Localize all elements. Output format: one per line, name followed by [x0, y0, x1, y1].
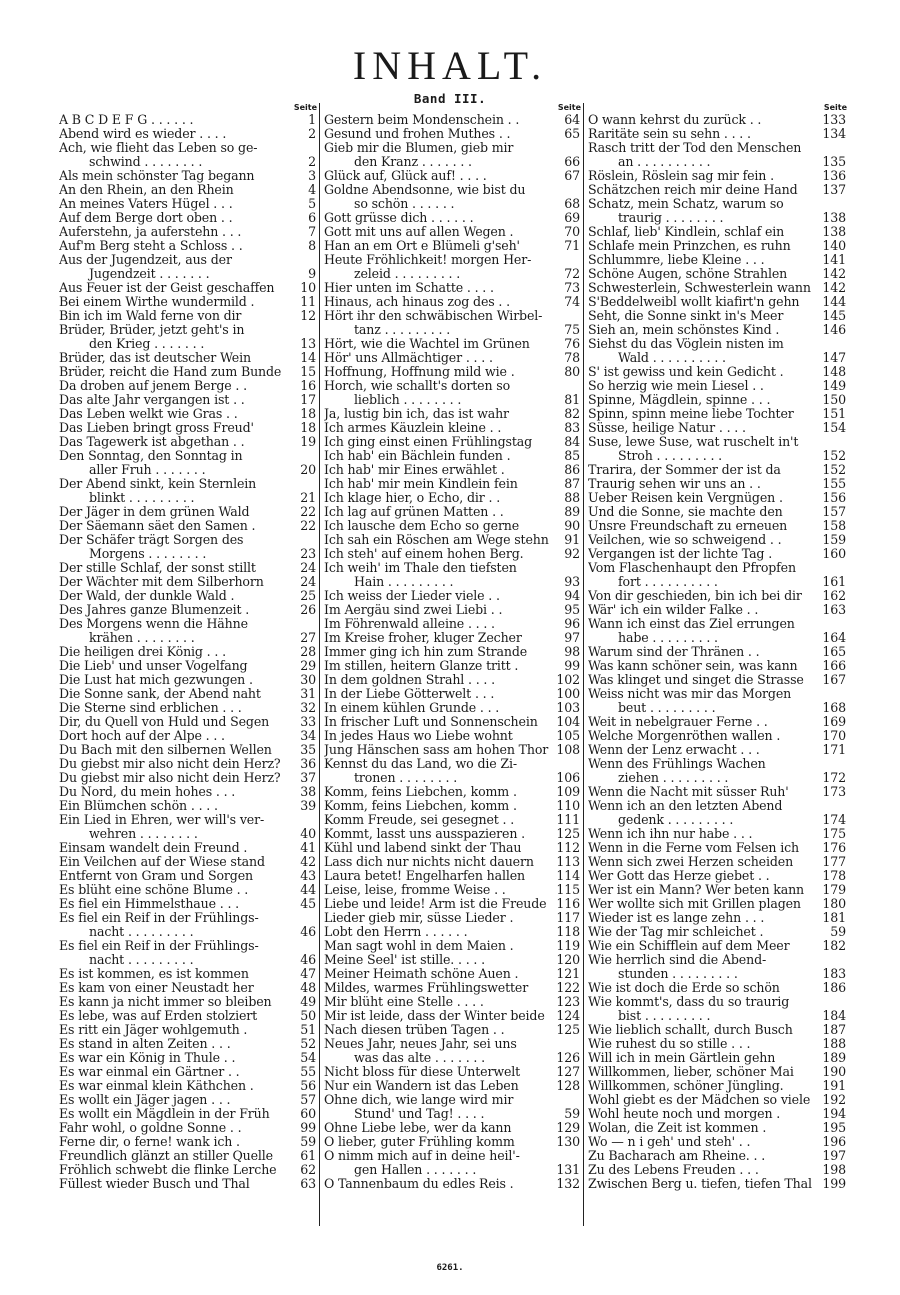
index-entry: Brüder, Brüder, jetzt geht's inden Krieg…: [59, 323, 319, 351]
index-columns: Seite A B C D E F G . . . . . .1Abend wi…: [59, 103, 849, 1226]
index-entry: Du Nord, du mein hohes . . .38: [59, 785, 319, 799]
entry-page-number: 65: [552, 127, 583, 141]
entry-title: Nach diesen trüben Tagen . .: [324, 1023, 552, 1037]
entry-page-number: 78: [552, 351, 583, 365]
entry-title: Raritäte sein su sehn . . . .: [588, 127, 818, 141]
entry-page-number: 75: [552, 323, 583, 337]
entry-title-continuation: Hain . . . . . . . . .: [324, 575, 552, 589]
entry-title: Man sagt wohl in dem Maien .: [324, 939, 552, 953]
entry-page-number: 132: [552, 1177, 583, 1191]
entry-page-number: 21: [288, 491, 319, 505]
entry-title: Aus Feuer ist der Geist geschaffen: [59, 281, 288, 295]
index-entry: Wann ich einst das Ziel errungenhabe . .…: [588, 617, 849, 645]
index-entry: Traurig sehen wir uns an . .155: [588, 477, 849, 491]
entry-title: Hier unten im Schatte . . . .: [324, 281, 552, 295]
print-signature: 6261.: [0, 1263, 900, 1273]
index-entry: Es wollt ein Mägdlein in der Früh60: [59, 1107, 319, 1121]
index-entry: Gestern beim Mondenschein . .64: [324, 113, 583, 127]
index-entry: Spinne, Mägdlein, spinne . . .150: [588, 393, 849, 407]
index-entry: Der stille Schlaf, der sonst stillt24: [59, 561, 319, 575]
entry-page-number: 134: [818, 127, 849, 141]
index-entry: Wenn in die Ferne vom Felsen ich176: [588, 841, 849, 855]
entry-title-continuation: nacht . . . . . . . . .: [59, 925, 288, 939]
index-entry: Sieh an, mein schönstes Kind .146: [588, 323, 849, 337]
entry-title: Komm, feins Liebchen, komm .: [324, 785, 552, 799]
entry-title: Wie kommt's, dass du so traurig: [588, 995, 849, 1009]
entry-page-number: 11: [288, 295, 319, 309]
entry-title: Komm, feins Liebchen, komm .: [324, 799, 552, 813]
entry-title: S'Beddelweibl wollt kiafirt'n gehn: [588, 295, 818, 309]
entry-title: Der Jäger in dem grünen Wald: [59, 505, 288, 519]
index-entry: Fahr wohl, o goldne Sonne . .99: [59, 1121, 319, 1135]
entry-title-continuation: Jugendzeit . . . . . . .: [59, 267, 288, 281]
entry-title: Lobt den Herrn . . . . . .: [324, 925, 552, 939]
index-entry: Hört ihr den schwäbischen Wirbel-tanz . …: [324, 309, 583, 337]
entry-title-continuation: gedenk . . . . . . . . .: [588, 813, 818, 827]
index-entry: Gieb mir die Blumen, gieb mirden Kranz .…: [324, 141, 583, 169]
entry-page-number: 192: [818, 1093, 849, 1107]
entry-page-number: 18: [288, 421, 319, 435]
entry-page-number: 50: [288, 1009, 319, 1023]
entry-title: Aus der Jugendzeit, aus der: [59, 253, 319, 267]
entry-page-number: 69: [552, 211, 583, 225]
index-entry: Trarira, der Sommer der ist da152: [588, 463, 849, 477]
entry-title: Wo — n i geh' und steh' . .: [588, 1135, 818, 1149]
entry-page-number: 195: [818, 1121, 849, 1135]
entry-title: Han an em Ort e Blümeli g'seh': [324, 239, 552, 253]
index-entry: Lass dich nur nichts nicht dauern113: [324, 855, 583, 869]
entry-title-continuation: was das alte . . . . . . .: [324, 1051, 552, 1065]
index-entry: Brüder, das ist deutscher Wein14: [59, 351, 319, 365]
entry-page-number: 59: [288, 1135, 319, 1149]
entry-title: In jedes Haus wo Liebe wohnt: [324, 729, 552, 743]
entry-title: Du giebst mir also nicht dein Herz?: [59, 757, 288, 771]
index-entry: Aus Feuer ist der Geist geschaffen10: [59, 281, 319, 295]
entry-page-number: 20: [288, 463, 319, 477]
index-entry: Ein Lied in Ehren, wer will's ver-wehren…: [59, 813, 319, 841]
entry-page-number: 23: [288, 547, 319, 561]
entry-title: Hört ihr den schwäbischen Wirbel-: [324, 309, 583, 323]
index-entry: Nach diesen trüben Tagen . .125: [324, 1023, 583, 1037]
entry-title-continuation: so schön . . . . . .: [324, 197, 552, 211]
entry-page-number: 187: [818, 1023, 849, 1037]
entry-title-continuation: habe . . . . . . . . .: [588, 631, 818, 645]
entry-page-number: 174: [818, 813, 849, 827]
entry-title: Vergangen ist der lichte Tag .: [588, 547, 818, 561]
entry-page-number: 122: [552, 981, 583, 995]
index-entry: Zwischen Berg u. tiefen, tiefen Thal199: [588, 1177, 849, 1191]
index-entry: Wenn der Lenz erwacht . . .171: [588, 743, 849, 757]
entry-page-number: 80: [552, 365, 583, 379]
entry-page-number: 100: [552, 687, 583, 701]
entry-title-continuation: zeleid . . . . . . . . .: [324, 267, 552, 281]
entry-title: Ich lag auf grünen Matten . .: [324, 505, 552, 519]
index-entry: Siehst du das Vöglein nisten imWald . . …: [588, 337, 849, 365]
index-entry: Kennst du das Land, wo die Zi-tronen . .…: [324, 757, 583, 785]
entry-title: Im Föhrenwald alleine . . . .: [324, 617, 552, 631]
entry-page-number: 150: [818, 393, 849, 407]
index-entry: Zu Bacharach am Rheine. . .197: [588, 1149, 849, 1163]
entry-title: Siehst du das Vöglein nisten im: [588, 337, 849, 351]
entry-page-number: 133: [818, 113, 849, 127]
index-entry: Hier unten im Schatte . . . .73: [324, 281, 583, 295]
entry-page-number: 15: [288, 365, 319, 379]
index-entry: Kommt, lasst uns ausspazieren .125: [324, 827, 583, 841]
entry-title: Das Tagewerk ist abgethan . .: [59, 435, 288, 449]
entry-page-number: 26: [288, 603, 319, 617]
entry-title: Weit in nebelgrauer Ferne . .: [588, 715, 818, 729]
index-entry: Komm Freude, sei gesegnet . .111: [324, 813, 583, 827]
entry-title: Zu des Lebens Freuden . . .: [588, 1163, 818, 1177]
entry-title: Röslein, Röslein sag mir fein .: [588, 169, 818, 183]
entry-page-number: 72: [552, 267, 583, 281]
entry-title: Dort hoch auf der Alpe . . .: [59, 729, 288, 743]
entry-page-number: 99: [552, 659, 583, 673]
index-entry: Der Wald, der dunkle Wald .25: [59, 589, 319, 603]
index-entry: Wär' ich ein wilder Falke . .163: [588, 603, 849, 617]
entry-page-number: 196: [818, 1135, 849, 1149]
index-entry: Es kam von einer Neustadt her48: [59, 981, 319, 995]
entry-page-number: 152: [818, 463, 849, 477]
entry-title: Seht, die Sonne sinkt in's Meer: [588, 309, 818, 323]
entry-title: Des Jahres ganze Blumenzeit .: [59, 603, 288, 617]
index-entry: Wenn ich ihn nur habe . . .175: [588, 827, 849, 841]
index-entry: Dort hoch auf der Alpe . . .34: [59, 729, 319, 743]
entry-title-continuation: traurig . . . . . . . .: [588, 211, 818, 225]
entry-title: Im Aergäu sind zwei Liebi . .: [324, 603, 552, 617]
entry-page-number: 63: [288, 1177, 319, 1191]
index-entry: Du giebst mir also nicht dein Herz?36: [59, 757, 319, 771]
entry-title: Wann ich einst das Ziel errungen: [588, 617, 849, 631]
entry-title: Von dir geschieden, bin ich bei dir: [588, 589, 818, 603]
index-entry: Jung Hänschen sass am hohen Thor108: [324, 743, 583, 757]
entry-title: Freundlich glänzt an stiller Quelle: [59, 1149, 288, 1163]
entry-page-number: 127: [552, 1065, 583, 1079]
index-entry: Nur ein Wandern ist das Leben128: [324, 1079, 583, 1093]
entry-page-number: 129: [552, 1121, 583, 1135]
entry-page-number: 118: [552, 925, 583, 939]
entry-page-number: 103: [552, 701, 583, 715]
entry-list: Gestern beim Mondenschein . .64Gesund un…: [324, 113, 583, 1191]
index-entry: O wann kehrst du zurück . .133: [588, 113, 849, 127]
entry-title: Ein Blümchen schön . . . .: [59, 799, 288, 813]
entry-title-continuation: blinkt . . . . . . . . .: [59, 491, 288, 505]
entry-title: Füllest wieder Busch und Thal: [59, 1177, 288, 1191]
index-entry: Ja, lustig bin ich, das ist wahr82: [324, 407, 583, 421]
entry-page-number: 184: [818, 1009, 849, 1023]
entry-page-number: 114: [552, 869, 583, 883]
entry-title: Jung Hänschen sass am hohen Thor: [324, 743, 552, 757]
entry-page-number: 62: [288, 1163, 319, 1177]
index-entry: Vergangen ist der lichte Tag .160: [588, 547, 849, 561]
entry-title: Den Sonntag, den Sonntag in: [59, 449, 319, 463]
entry-title: Hör' uns Allmächtiger . . . .: [324, 351, 552, 365]
entry-title: Das Lieben bringt gross Freud': [59, 421, 288, 435]
entry-title: Wie ruhest du so stille . . .: [588, 1037, 818, 1051]
entry-title: Schöne Augen, schöne Strahlen: [588, 267, 818, 281]
index-entry: Es war einmal ein Gärtner . .55: [59, 1065, 319, 1079]
entry-title: Bin ich im Wald ferne von dir: [59, 309, 288, 323]
entry-page-number: 18: [288, 407, 319, 421]
entry-page-number: 38: [288, 785, 319, 799]
entry-title: In dem goldnen Strahl . . . .: [324, 673, 552, 687]
index-entry: Hoffnung, Hoffnung mild wie .80: [324, 365, 583, 379]
index-entry: Han an em Ort e Blümeli g'seh'71: [324, 239, 583, 253]
index-entry: O lieber, guter Frühling komm130: [324, 1135, 583, 1149]
entry-page-number: 7: [288, 225, 319, 239]
entry-title: Auf'm Berg steht a Schloss . .: [59, 239, 288, 253]
entry-title: Brüder, das ist deutscher Wein: [59, 351, 288, 365]
entry-title: Gesund und frohen Muthes . .: [324, 127, 552, 141]
index-entry: Das Tagewerk ist abgethan . .19: [59, 435, 319, 449]
entry-page-number: 76: [552, 337, 583, 351]
entry-title: Wer ist ein Mann? Wer beten kann: [588, 883, 818, 897]
entry-title: Dir, du Quell von Huld und Segen: [59, 715, 288, 729]
entry-title: Hört, wie die Wachtel im Grünen: [324, 337, 552, 351]
index-entry: Schatz, mein Schatz, warum sotraurig . .…: [588, 197, 849, 225]
entry-page-number: 104: [552, 715, 583, 729]
entry-title: Der stille Schlaf, der sonst stillt: [59, 561, 288, 575]
index-entry: Die heiligen drei König . . .28: [59, 645, 319, 659]
entry-page-number: 39: [288, 799, 319, 813]
index-entry: Vom Flaschenhaupt den Pfropfenfort . . .…: [588, 561, 849, 589]
index-entry: Auferstehn, ja auferstehn . . .7: [59, 225, 319, 239]
entry-page-number: 81: [552, 393, 583, 407]
entry-page-number: 6: [288, 211, 319, 225]
entry-page-number: 60: [288, 1107, 319, 1121]
entry-page-number: 146: [818, 323, 849, 337]
entry-title: Die Sonne sank, der Abend naht: [59, 687, 288, 701]
entry-page-number: 105: [552, 729, 583, 743]
entry-page-number: 155: [818, 477, 849, 491]
entry-title: Es kann ja nicht immer so bleiben: [59, 995, 288, 1009]
index-entry: Weiss nicht was mir das Morgenbeut . . .…: [588, 687, 849, 715]
entry-page-number: 115: [552, 883, 583, 897]
entry-title: Was klinget und singet die Strasse: [588, 673, 818, 687]
entry-page-number: 25: [288, 589, 319, 603]
entry-title-continuation: stunden . . . . . . . . .: [588, 967, 818, 981]
entry-title: Was kann schöner sein, was kann: [588, 659, 818, 673]
entry-title: S' ist gewiss und kein Gedicht .: [588, 365, 818, 379]
entry-title: Wenn ich ihn nur habe . . .: [588, 827, 818, 841]
entry-page-number: 1: [288, 113, 319, 127]
index-entry: Du giebst mir also nicht dein Herz?37: [59, 771, 319, 785]
entry-title: Die Sterne sind erblichen . . .: [59, 701, 288, 715]
entry-page-number: 22: [288, 505, 319, 519]
entry-title: Wenn in die Ferne vom Felsen ich: [588, 841, 818, 855]
index-entry: Die Lust hat mich gezwungen .30: [59, 673, 319, 687]
index-entry: Hinaus, ach hinaus zog des . .74: [324, 295, 583, 309]
index-entry: Schlummre, liebe Kleine . . .141: [588, 253, 849, 267]
entry-title: Ich steh' auf einem hohen Berg.: [324, 547, 552, 561]
entry-title: Suse, lewe Suse, wat ruschelt in't: [588, 435, 849, 449]
entry-title: Es ist kommen, es ist kommen: [59, 967, 288, 981]
index-entry: Es blüht eine schöne Blume . .44: [59, 883, 319, 897]
entry-page-number: 2: [288, 127, 319, 141]
entry-title-continuation: tronen . . . . . . . .: [324, 771, 552, 785]
entry-title: Ich weih' im Thale den tiefsten: [324, 561, 583, 575]
index-entry: Weit in nebelgrauer Ferne . .169: [588, 715, 849, 729]
entry-title: O nimm mich auf in deine heil'-: [324, 1149, 583, 1163]
index-entry: Kühl und labend sinkt der Thau112: [324, 841, 583, 855]
entry-title: Sieh an, mein schönstes Kind .: [588, 323, 818, 337]
entry-page-number: 46: [288, 953, 319, 967]
entry-title: Mildes, warmes Frühlingswetter: [324, 981, 552, 995]
entry-title-continuation: den Krieg . . . . . . .: [59, 337, 288, 351]
index-entry: Der Jäger in dem grünen Wald22: [59, 505, 319, 519]
entry-title: Schlafe mein Prinzchen, es ruhn: [588, 239, 818, 253]
entry-page-number: 198: [818, 1163, 849, 1177]
index-entry: Ohne Liebe lebe, wer da kann129: [324, 1121, 583, 1135]
entry-page-number: 85: [552, 449, 583, 463]
entry-page-number: 158: [818, 519, 849, 533]
entry-page-number: 64: [552, 113, 583, 127]
entry-title: Brüder, reicht die Hand zum Bunde: [59, 365, 288, 379]
entry-page-number: 47: [288, 967, 319, 981]
page-column-header: Seite: [59, 103, 319, 113]
entry-title: Der Abend sinkt, kein Sternlein: [59, 477, 319, 491]
index-entry: Rasch tritt der Tod den Menschenan . . .…: [588, 141, 849, 169]
entry-page-number: 148: [818, 365, 849, 379]
index-entry: Den Sonntag, den Sonntag inaller Fruh . …: [59, 449, 319, 477]
entry-page-number: 45: [288, 897, 319, 911]
index-entry: Raritäte sein su sehn . . . .134: [588, 127, 849, 141]
entry-title: Auferstehn, ja auferstehn . . .: [59, 225, 288, 239]
entry-page-number: 145: [818, 309, 849, 323]
index-entry: Meiner Heimath schöne Auen .121: [324, 967, 583, 981]
index-entry: Wohl heute noch und morgen .194: [588, 1107, 849, 1121]
entry-page-number: 13: [288, 337, 319, 351]
entry-page-number: 190: [818, 1065, 849, 1079]
index-entry: Goldne Abendsonne, wie bist duso schön .…: [324, 183, 583, 211]
entry-page-number: 57: [288, 1093, 319, 1107]
entry-page-number: 175: [818, 827, 849, 841]
entry-title: Das Leben welkt wie Gras . .: [59, 407, 288, 421]
entry-title: Da droben auf jenem Berge . .: [59, 379, 288, 393]
entry-page-number: 136: [818, 169, 849, 183]
index-entry: Dir, du Quell von Huld und Segen33: [59, 715, 319, 729]
index-entry: Wie ist doch die Erde so schön186: [588, 981, 849, 995]
index-entry: Liebe und leide! Arm ist die Freude116: [324, 897, 583, 911]
entry-title: A B C D E F G . . . . . .: [59, 113, 288, 127]
index-entry: Der Wächter mit dem Silberhorn24: [59, 575, 319, 589]
entry-page-number: 98: [552, 645, 583, 659]
entry-page-number: 29: [288, 659, 319, 673]
entry-title: Es stand in alten Zeiten . . .: [59, 1037, 288, 1051]
index-entry: Heute Fröhlichkeit! morgen Her-zeleid . …: [324, 253, 583, 281]
entry-page-number: 22: [288, 519, 319, 533]
entry-page-number: 188: [818, 1037, 849, 1051]
index-entry: Abend wird es wieder . . . .2: [59, 127, 319, 141]
index-entry: In frischer Luft und Sonnenschein104: [324, 715, 583, 729]
entry-page-number: 31: [288, 687, 319, 701]
entry-title: Weiss nicht was mir das Morgen: [588, 687, 849, 701]
entry-title: Schwesterlein, Schwesterlein wann: [588, 281, 818, 295]
entry-page-number: 119: [552, 939, 583, 953]
index-entry: Ich hab' mir Eines erwählet .86: [324, 463, 583, 477]
entry-page-number: 43: [288, 869, 319, 883]
index-entry: Willkommen, lieber, schöner Mai190: [588, 1065, 849, 1079]
entry-page-number: 191: [818, 1079, 849, 1093]
entry-title: Schätzchen reich mir deine Hand: [588, 183, 818, 197]
entry-title: Der Wald, der dunkle Wald .: [59, 589, 288, 603]
index-entry: Im Föhrenwald alleine . . . .96: [324, 617, 583, 631]
page-column-header: Seite: [324, 103, 583, 113]
index-entry: Es fiel ein Reif in der Frühlings-nacht …: [59, 911, 319, 939]
entry-page-number: 90: [552, 519, 583, 533]
index-entry: Die Sonne sank, der Abend naht31: [59, 687, 319, 701]
entry-title: Wieder ist es lange zehn . . .: [588, 911, 818, 925]
entry-page-number: 110: [552, 799, 583, 813]
entry-page-number: 120: [552, 953, 583, 967]
index-entry: In einem kühlen Grunde . . .103: [324, 701, 583, 715]
entry-title: Der Wächter mit dem Silberhorn: [59, 575, 288, 589]
entry-page-number: 151: [818, 407, 849, 421]
entry-title: Goldne Abendsonne, wie bist du: [324, 183, 583, 197]
entry-title: Ueber Reisen kein Vergnügen .: [588, 491, 818, 505]
index-entry: O nimm mich auf in deine heil'-gen Halle…: [324, 1149, 583, 1177]
entry-page-number: 2: [288, 155, 319, 169]
index-entry: Es ritt ein Jäger wohlgemuth .51: [59, 1023, 319, 1037]
entry-page-number: 8: [288, 239, 319, 253]
index-entry: Es stand in alten Zeiten . . .52: [59, 1037, 319, 1051]
entry-title: Willkommen, schöner Jüngling.: [588, 1079, 818, 1093]
entry-title: O wann kehrst du zurück . .: [588, 113, 818, 127]
index-entry: Wer ist ein Mann? Wer beten kann179: [588, 883, 849, 897]
entry-page-number: 24: [288, 561, 319, 575]
entry-page-number: 82: [552, 407, 583, 421]
entry-page-number: 91: [552, 533, 583, 547]
entry-title: Fröhlich schwebt die flinke Lerche: [59, 1163, 288, 1177]
index-entry: Wie herrlich sind die Abend-stunden . . …: [588, 953, 849, 981]
entry-page-number: 147: [818, 351, 849, 365]
index-entry: Immer ging ich hin zum Strande98: [324, 645, 583, 659]
index-entry: Schätzchen reich mir deine Hand137: [588, 183, 849, 197]
entry-page-number: 74: [552, 295, 583, 309]
entry-page-number: 142: [818, 281, 849, 295]
entry-title: Schatz, mein Schatz, warum so: [588, 197, 849, 211]
index-column-1: Seite A B C D E F G . . . . . .1Abend wi…: [59, 103, 320, 1226]
entry-page-number: 87: [552, 477, 583, 491]
entry-title-continuation: Stund' und Tag! . . . .: [324, 1107, 552, 1121]
entry-title: Im stillen, heitern Glanze tritt .: [324, 659, 552, 673]
entry-title: Glück auf, Glück auf! . . . .: [324, 169, 552, 183]
entry-page-number: 83: [552, 421, 583, 435]
entry-title: Die Lust hat mich gezwungen .: [59, 673, 288, 687]
index-entry: Neues Jahr, neues Jahr, sei unswas das a…: [324, 1037, 583, 1065]
index-entry: Das alte Jahr vergangen ist . .17: [59, 393, 319, 407]
index-entry: Warum sind der Thränen . .165: [588, 645, 849, 659]
entry-page-number: 183: [818, 967, 849, 981]
index-entry: Mir blüht eine Stelle . . . .123: [324, 995, 583, 1009]
entry-title-continuation: fort . . . . . . . . . .: [588, 575, 818, 589]
index-entry: Veilchen, wie so schweigend . .159: [588, 533, 849, 547]
entry-page-number: 138: [818, 225, 849, 239]
entry-title: Es wollt ein Mägdlein in der Früh: [59, 1107, 288, 1121]
entry-page-number: 142: [818, 267, 849, 281]
entry-title: Wer wollte sich mit Grillen plagen: [588, 897, 818, 911]
entry-page-number: 108: [552, 743, 583, 757]
entry-title: Will ich in mein Gärtlein gehn: [588, 1051, 818, 1065]
entry-page-number: 84: [552, 435, 583, 449]
entry-page-number: 92: [552, 547, 583, 561]
index-entry: Was klinget und singet die Strasse167: [588, 673, 849, 687]
entry-title: Heute Fröhlichkeit! morgen Her-: [324, 253, 583, 267]
index-entry: Der Säemann säet den Samen .22: [59, 519, 319, 533]
entry-title: Wer Gott das Herze giebet . .: [588, 869, 818, 883]
index-entry: Des Jahres ganze Blumenzeit .26: [59, 603, 319, 617]
entry-title: Ohne Liebe lebe, wer da kann: [324, 1121, 552, 1135]
